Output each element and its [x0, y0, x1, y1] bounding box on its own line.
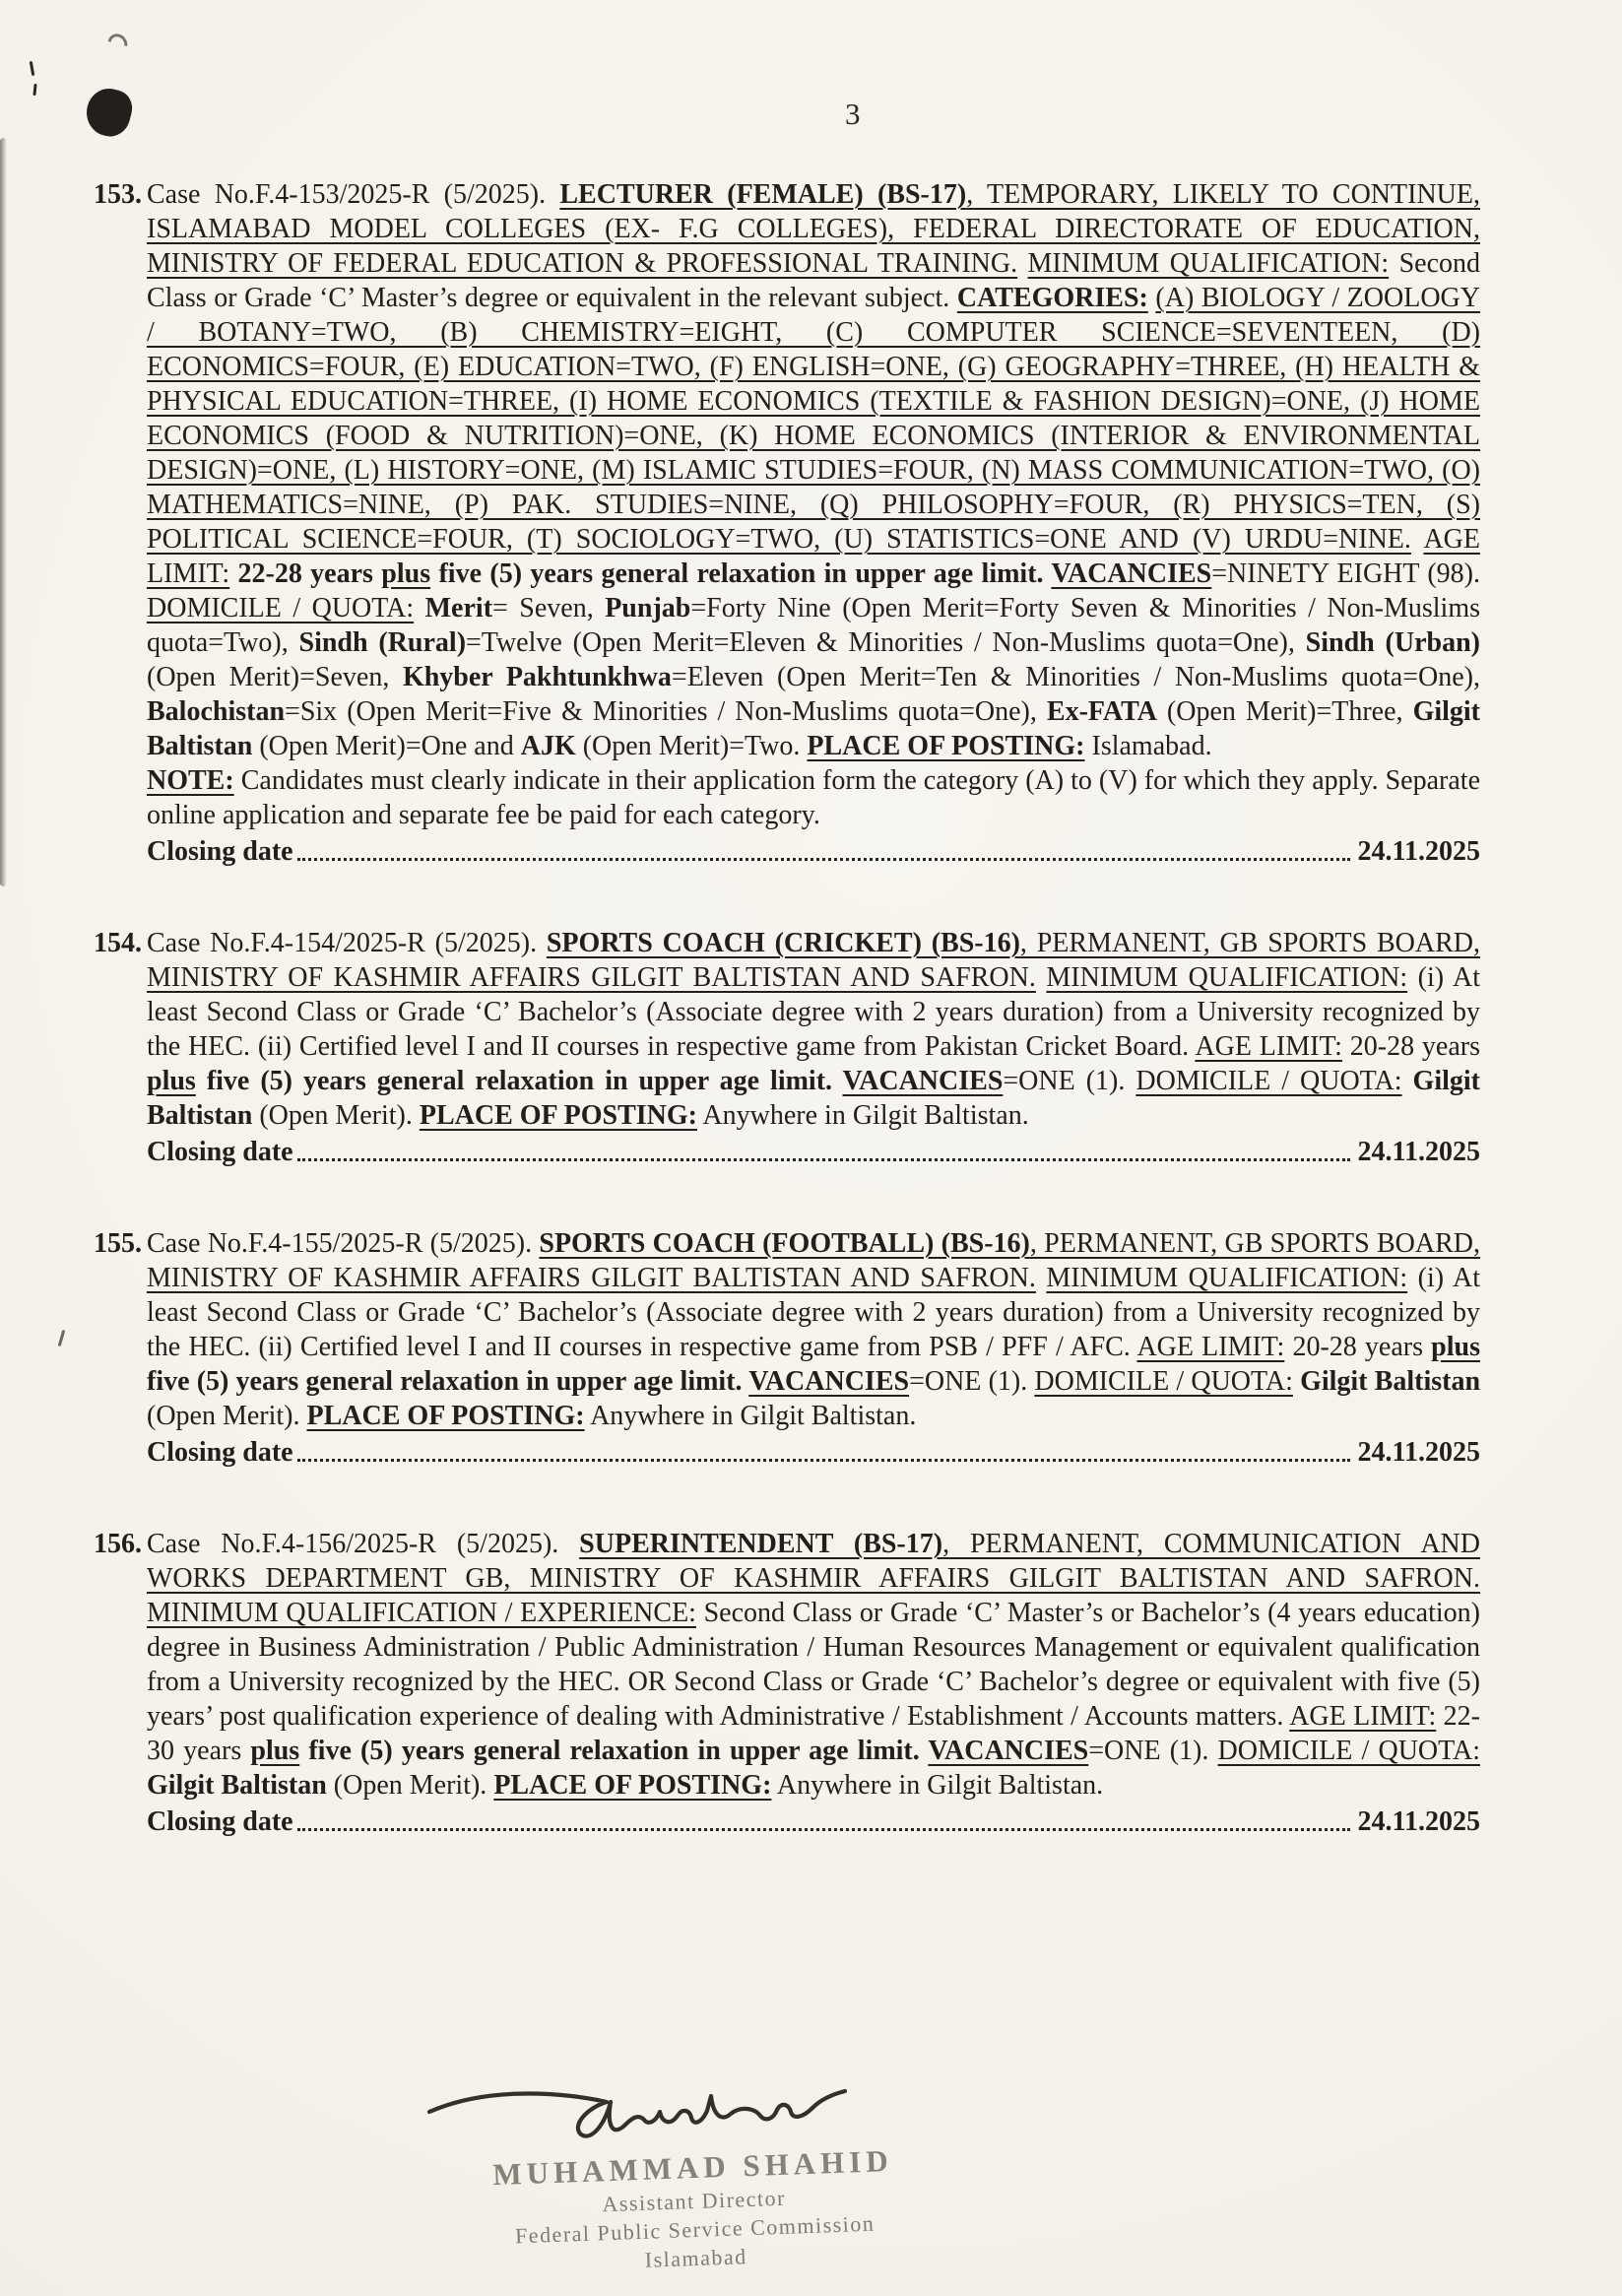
case-body: Case No.F.4-154/2025-R (5/2025). SPORTS …: [147, 926, 1480, 1169]
text-run: =Six (Open Merit=Five & Minorities / Non…: [285, 696, 1047, 727]
text-run: Anywhere in Gilgit Baltistan.: [771, 1770, 1103, 1801]
text-run: =Eleven (Open Merit=Ten & Minorities / N…: [672, 662, 1480, 692]
text-run: VACANCIES: [748, 1366, 909, 1397]
text-run: (Open Merit).: [252, 1100, 420, 1131]
text-run: DOMICILE / QUOTA:: [1135, 1066, 1401, 1096]
text-run: DOMICILE / QUOTA:: [147, 593, 414, 623]
case-paragraph: Case No.F.4-153/2025-R (5/2025). LECTURE…: [147, 177, 1480, 763]
text-run: VACANCIES: [843, 1066, 1004, 1096]
text-run: MINIMUM QUALIFICATION:: [1046, 962, 1407, 993]
text-run: =Twelve (Open Merit=Eleven & Minorities …: [466, 627, 1306, 658]
text-run: =ONE (1).: [909, 1366, 1034, 1397]
text-run: PLACE OF POSTING:: [493, 1770, 771, 1801]
scanned-page: 3 153.Case No.F.4-153/2025-R (5/2025). L…: [0, 0, 1622, 2296]
text-run: VACANCIES: [1051, 558, 1211, 589]
closing-date-line: Closing date24.11.2025: [147, 1135, 1480, 1169]
closing-date-line: Closing date24.11.2025: [147, 834, 1480, 869]
case-number: 156.: [94, 1527, 147, 1839]
text-run: DOMICILE / QUOTA:: [1034, 1366, 1293, 1397]
text-run: PLACE OF POSTING:: [307, 1401, 585, 1431]
text-run: AGE LIMIT:: [1289, 1701, 1436, 1732]
text-run: SPORTS COACH (FOOTBALL) (BS-16): [539, 1228, 1029, 1259]
text-run: [1036, 1263, 1047, 1293]
text-run: =ONE (1).: [1003, 1066, 1135, 1096]
case-body: Case No.F.4-155/2025-R (5/2025). SPORTS …: [147, 1226, 1480, 1470]
text-run: [1411, 524, 1424, 555]
text-run: five (5) years general relaxation in upp…: [147, 1366, 748, 1397]
text-run: SPORTS COACH (CRICKET) (BS-16): [547, 928, 1020, 958]
text-run: AGE LIMIT:: [1136, 1332, 1284, 1362]
text-run: = Seven,: [492, 593, 605, 623]
text-run: Case No.F.4-154/2025-R (5/2025).: [147, 928, 547, 958]
scan-artifact-inkblot: [82, 84, 136, 140]
text-run: MINIMUM QUALIFICATION / EXPERIENCE:: [147, 1598, 696, 1628]
text-run: (Open Merit).: [327, 1770, 494, 1801]
closing-date-value: 24.11.2025: [1358, 1435, 1480, 1470]
closing-date-label: Closing date: [147, 1804, 293, 1839]
case-body: Case No.F.4-153/2025-R (5/2025). LECTURE…: [147, 177, 1480, 869]
case-item: 155.Case No.F.4-155/2025-R (5/2025). SPO…: [94, 1226, 1480, 1470]
text-run: five (5) years general relaxation in upp…: [430, 558, 1051, 589]
text-run: Sindh (Urban): [1306, 627, 1480, 658]
scan-artifact-pen-mark: [32, 84, 36, 96]
closing-date-label: Closing date: [147, 1135, 293, 1169]
text-run: NOTE:: [147, 765, 234, 796]
text-run: Gilgit Baltistan: [1300, 1366, 1480, 1397]
closing-date-line: Closing date24.11.2025: [147, 1804, 1480, 1839]
text-run: (A) BIOLOGY / ZOOLOGY / BOTANY=TWO, (B) …: [147, 283, 1480, 555]
text-run: plus: [250, 1736, 299, 1766]
text-run: Anywhere in Gilgit Baltistan.: [697, 1100, 1029, 1131]
text-run: plus: [147, 1066, 196, 1096]
text-run: [229, 558, 237, 589]
dotted-leader: [297, 1828, 1350, 1831]
text-run: Case No.F.4-155/2025-R (5/2025).: [147, 1228, 539, 1259]
text-run: AJK: [521, 731, 576, 761]
case-item: 154.Case No.F.4-154/2025-R (5/2025). SPO…: [94, 926, 1480, 1169]
case-item: 156.Case No.F.4-156/2025-R (5/2025). SUP…: [94, 1527, 1480, 1839]
case-paragraph: NOTE: Candidates must clearly indicate i…: [147, 763, 1480, 832]
text-run: (Open Merit)=Three,: [1157, 696, 1413, 727]
text-run: [1036, 962, 1047, 993]
text-run: [1402, 1066, 1413, 1096]
text-run: Merit: [425, 593, 492, 623]
closing-date-label: Closing date: [147, 834, 293, 869]
closing-date-line: Closing date24.11.2025: [147, 1435, 1480, 1470]
text-run: Punjab: [605, 593, 690, 623]
text-run: MINIMUM QUALIFICATION:: [1028, 248, 1390, 279]
text-run: (Open Merit)=Two.: [576, 731, 808, 761]
text-run: AGE LIMIT:: [1195, 1031, 1342, 1062]
text-run: SUPERINTENDENT (BS-17): [579, 1529, 942, 1559]
text-run: PLACE OF POSTING:: [420, 1100, 697, 1131]
dotted-leader: [297, 858, 1350, 861]
text-run: 22-28 years: [238, 558, 382, 589]
case-paragraph: Case No.F.4-155/2025-R (5/2025). SPORTS …: [147, 1226, 1480, 1433]
text-run: VACANCIES: [928, 1736, 1088, 1766]
scan-artifact-pen-mark: [104, 30, 132, 57]
text-run: [1017, 248, 1027, 279]
text-run: (Open Merit).: [147, 1401, 307, 1431]
dotted-leader: [297, 1459, 1350, 1462]
text-run: (Open Merit)=Seven,: [147, 662, 403, 692]
text-run: Anywhere in Gilgit Baltistan.: [585, 1401, 917, 1431]
scan-artifact-pen-mark: [58, 1330, 66, 1346]
text-run: Case No.F.4-153/2025-R (5/2025).: [147, 179, 559, 210]
text-run: =ONE (1).: [1088, 1736, 1217, 1766]
closing-date-value: 24.11.2025: [1358, 1135, 1480, 1169]
case-number: 153.: [94, 177, 147, 869]
case-item: 153.Case No.F.4-153/2025-R (5/2025). LEC…: [94, 177, 1480, 869]
scan-edge-shadow: [0, 138, 7, 886]
text-run: Sindh (Rural): [299, 627, 467, 658]
text-run: PLACE OF POSTING:: [807, 731, 1084, 761]
official-stamp: MUHAMMAD SHAHID Assistant Director Feder…: [441, 2141, 947, 2280]
text-run: five (5) years general relaxation in upp…: [299, 1736, 928, 1766]
text-run: (Open Merit)=One and: [252, 731, 520, 761]
text-run: CATEGORIES:: [957, 283, 1148, 313]
text-run: MINIMUM QUALIFICATION:: [1046, 1263, 1407, 1293]
text-run: Ex-FATA: [1047, 696, 1157, 727]
page-number: 3: [845, 97, 861, 132]
notice-list: 153.Case No.F.4-153/2025-R (5/2025). LEC…: [94, 177, 1480, 1896]
dotted-leader: [297, 1158, 1350, 1161]
text-run: LECTURER (FEMALE) (BS-17): [559, 179, 966, 210]
closing-date-value: 24.11.2025: [1358, 1804, 1480, 1839]
closing-date-value: 24.11.2025: [1358, 834, 1480, 869]
text-run: 20-28 years: [1284, 1332, 1431, 1362]
case-body: Case No.F.4-156/2025-R (5/2025). SUPERIN…: [147, 1527, 1480, 1839]
text-run: DOMICILE / QUOTA:: [1218, 1736, 1480, 1766]
text-run: Candidates must clearly indicate in thei…: [147, 765, 1480, 830]
text-run: Gilgit Baltistan: [147, 1770, 327, 1801]
scan-artifact-pen-mark: [30, 61, 35, 76]
case-number: 154.: [94, 926, 147, 1169]
case-paragraph: Case No.F.4-156/2025-R (5/2025). SUPERIN…: [147, 1527, 1480, 1803]
text-run: 20-28 years: [1342, 1031, 1480, 1062]
text-run: Balochistan: [147, 696, 285, 727]
case-number: 155.: [94, 1226, 147, 1470]
text-run: Khyber Pakhtunkhwa: [403, 662, 672, 692]
text-run: plus: [1431, 1332, 1480, 1362]
signature-stroke: [429, 2091, 845, 2136]
case-paragraph: Case No.F.4-154/2025-R (5/2025). SPORTS …: [147, 926, 1480, 1133]
text-run: [414, 593, 424, 623]
signature: [423, 2068, 847, 2155]
text-run: Islamabad.: [1085, 731, 1212, 761]
closing-date-label: Closing date: [147, 1435, 293, 1470]
text-run: five (5) years general relaxation in upp…: [196, 1066, 843, 1096]
text-run: Case No.F.4-156/2025-R (5/2025).: [147, 1529, 579, 1559]
text-run: [1293, 1366, 1300, 1397]
text-run: =NINETY EIGHT (98).: [1211, 558, 1480, 589]
text-run: plus: [381, 558, 430, 589]
